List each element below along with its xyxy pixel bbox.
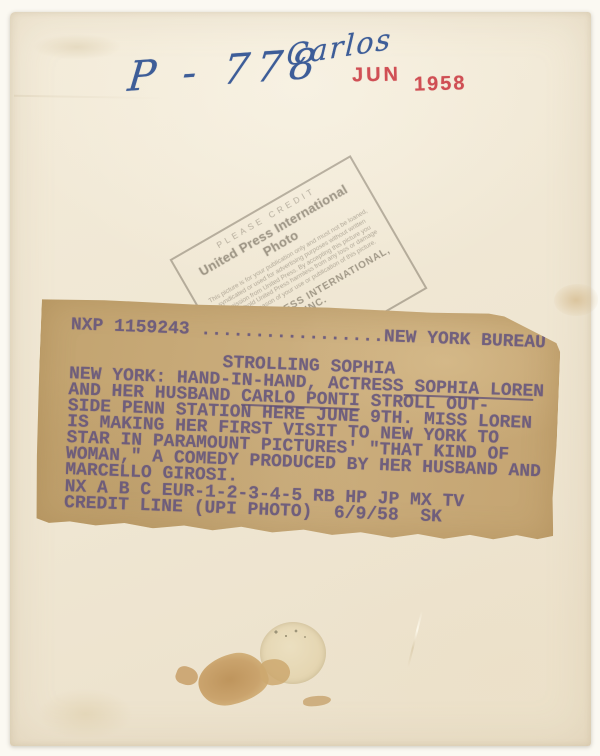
photo-back-paper: P - 778 Carlos JUN 1958 PLEASE CREDIT Un… xyxy=(10,12,591,746)
paper-wrinkle xyxy=(32,34,122,60)
caption-serial-line: NXP 1159243 .................NEW YORK BU… xyxy=(71,317,547,351)
paper-scratch xyxy=(407,611,423,668)
date-stamp-year: 1958 xyxy=(414,72,467,96)
caption-slip: NXP 1159243 .................NEW YORK BU… xyxy=(33,296,561,544)
scan-background: P - 778 Carlos JUN 1958 PLEASE CREDIT Un… xyxy=(0,0,600,756)
caption-body: NEW YORK: HAND-IN-HAND, ACTRESS SOPHIA L… xyxy=(65,366,544,496)
stain-speckles xyxy=(272,628,312,646)
stain-blob xyxy=(303,695,332,707)
stain-spot xyxy=(554,284,598,316)
date-stamp-month: JUN xyxy=(352,64,401,88)
stain-blob xyxy=(174,664,201,688)
stain-smudge xyxy=(38,688,133,740)
